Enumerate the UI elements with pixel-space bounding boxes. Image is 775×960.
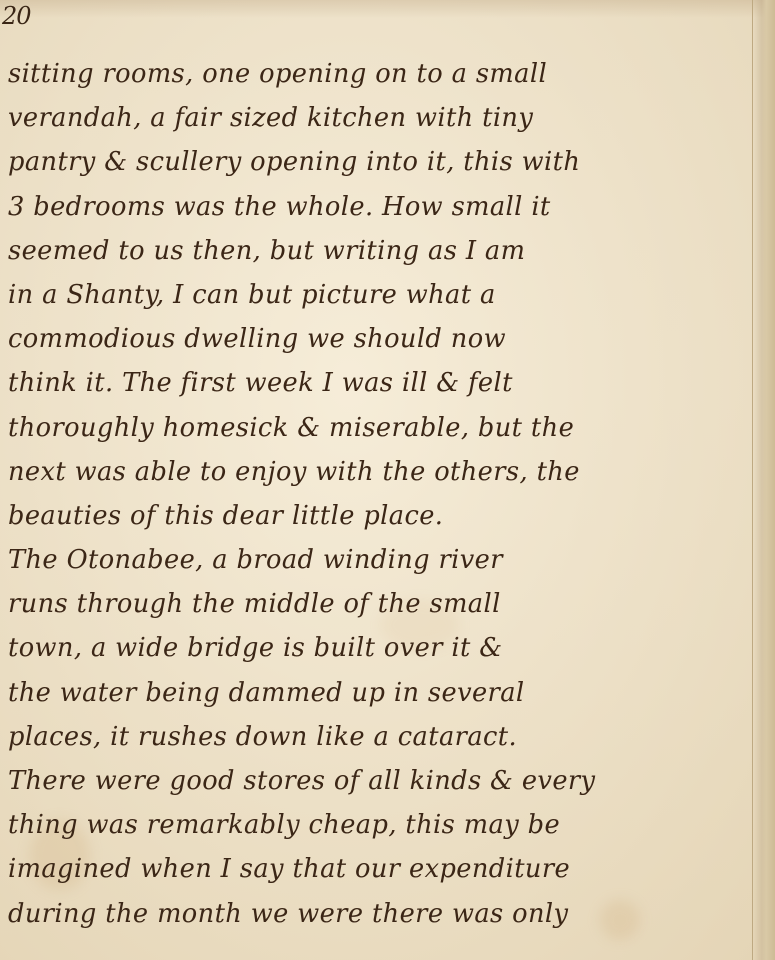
text-line: sitting rooms, one opening on to a small [8,52,743,96]
text-line: commodious dwelling we should now [8,317,743,361]
page-edge [752,0,775,960]
text-line: in a Shanty, I can but picture what a [8,273,743,317]
text-line: think it. The first week I was ill & fel… [8,361,743,405]
text-line: pantry & scullery opening into it, this … [8,140,743,184]
text-line: The Otonabee, a broad winding river [8,538,743,582]
text-line: beauties of this dear little place. [8,494,743,538]
text-line: town, a wide bridge is built over it & [8,626,743,670]
text-line: places, it rushes down like a cataract. [8,715,743,759]
text-line: 3 bedrooms was the whole. How small it [8,185,743,229]
text-line: thoroughly homesick & miserable, but the [8,406,743,450]
page-number: 20 [2,2,31,30]
text-line: runs through the middle of the small [8,582,743,626]
manuscript-page: 20 sitting rooms, one opening on to a sm… [0,0,775,960]
text-line: There were good stores of all kinds & ev… [8,759,743,803]
text-line: during the month we were there was only [8,892,743,936]
text-line: next was able to enjoy with the others, … [8,450,743,494]
text-line: thing was remarkably cheap, this may be [8,803,743,847]
text-line: imagined when I say that our expenditure [8,847,743,891]
text-line: seemed to us then, but writing as I am [8,229,743,273]
text-line: verandah, a fair sized kitchen with tiny [8,96,743,140]
handwritten-text-body: sitting rooms, one opening on to a small… [8,52,753,936]
text-line: the water being dammed up in several [8,671,743,715]
